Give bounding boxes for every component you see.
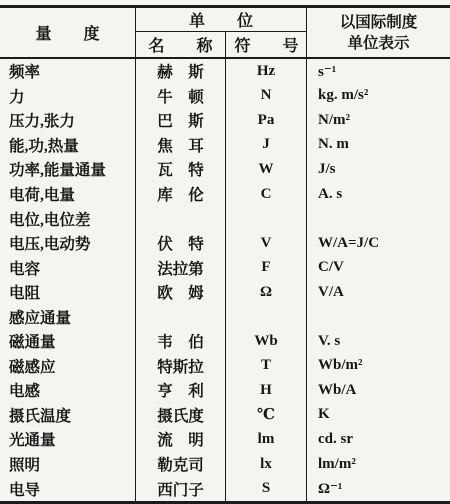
unit-name-cell: 库 伦 bbox=[136, 182, 226, 207]
table-row: 电导 西门子 S Ω⁻¹ bbox=[0, 476, 450, 501]
si-expression-cell: J/s bbox=[307, 157, 450, 182]
quantity-cell: 频率 bbox=[0, 59, 136, 84]
scanned-document-page: 量 度 单 位 名 称 符 号 以国际制度 单位表示 频率 赫 斯 Hz s⁻¹… bbox=[0, 0, 450, 504]
unit-name-cell: 特斯拉 bbox=[136, 354, 226, 379]
unit-name-cell: 瓦 特 bbox=[136, 157, 226, 182]
unit-symbol-cell: N bbox=[226, 84, 307, 109]
si-expression-cell: V/A bbox=[307, 280, 450, 305]
header-si-line1: 以国际制度 bbox=[340, 12, 418, 33]
si-expression-cell: lm/m² bbox=[307, 452, 450, 477]
unit-symbol-cell: lx bbox=[226, 452, 307, 477]
si-expression-cell: cd. sr bbox=[307, 427, 450, 452]
unit-name-cell: 西门子 bbox=[136, 476, 226, 501]
header-unit-group: 单 位 名 称 符 号 bbox=[136, 8, 307, 57]
unit-symbol-cell: Pa bbox=[226, 108, 307, 133]
unit-symbol-cell: S bbox=[226, 476, 307, 501]
quantity-cell: 光通量 bbox=[0, 427, 136, 452]
unit-name-cell: 流 明 bbox=[136, 427, 226, 452]
quantity-cell: 电导 bbox=[0, 476, 136, 501]
header-si-line2: 单位表示 bbox=[347, 33, 409, 54]
unit-name-cell: 伏 特 bbox=[136, 231, 226, 256]
si-expression-cell: K bbox=[307, 403, 450, 428]
table-row: 电容 法拉第 F C/V bbox=[0, 255, 450, 280]
unit-name-cell: 亨 利 bbox=[136, 378, 226, 403]
quantity-cell: 摄氏温度 bbox=[0, 403, 136, 428]
quantity-cell: 电压,电动势 bbox=[0, 231, 136, 256]
table-row: 电阻 欧 姆 Ω V/A bbox=[0, 280, 450, 305]
quantity-cell: 电位,电位差 bbox=[0, 206, 136, 231]
si-expression-cell: N. m bbox=[307, 133, 450, 158]
table-row: 光通量 流 明 lm cd. sr bbox=[0, 427, 450, 452]
header-si-column: 以国际制度 单位表示 bbox=[307, 8, 450, 57]
table-row: 磁感应 特斯拉 T Wb/m² bbox=[0, 354, 450, 379]
quantity-cell: 电阻 bbox=[0, 280, 136, 305]
quantity-cell: 电容 bbox=[0, 255, 136, 280]
si-expression-cell: Wb/A bbox=[307, 378, 450, 403]
si-expression-cell: kg. m/s² bbox=[307, 84, 450, 109]
unit-symbol-cell: T bbox=[226, 354, 307, 379]
unit-name-cell: 法拉第 bbox=[136, 255, 226, 280]
unit-symbol-cell: lm bbox=[226, 427, 307, 452]
si-units-table: 量 度 单 位 名 称 符 号 以国际制度 单位表示 频率 赫 斯 Hz s⁻¹… bbox=[0, 5, 450, 504]
table-row: 电荷,电量 库 伦 C A. s bbox=[0, 182, 450, 207]
table-row: 压力,张力 巴 斯 Pa N/m² bbox=[0, 108, 450, 133]
table-row: 力 牛 顿 N kg. m/s² bbox=[0, 84, 450, 109]
table-row: 磁通量 韦 伯 Wb V. s bbox=[0, 329, 450, 354]
table-body: 频率 赫 斯 Hz s⁻¹ 力 牛 顿 N kg. m/s² 压力,张力 巴 斯… bbox=[0, 59, 450, 501]
table-row: 能,功,热量 焦 耳 J N. m bbox=[0, 133, 450, 158]
si-expression-cell bbox=[307, 304, 450, 329]
unit-symbol-cell: Ω bbox=[226, 280, 307, 305]
unit-symbol-cell: J bbox=[226, 133, 307, 158]
si-expression-cell: W/A=J/C bbox=[307, 231, 450, 256]
unit-symbol-cell: C bbox=[226, 182, 307, 207]
unit-name-cell: 赫 斯 bbox=[136, 59, 226, 84]
header-quantity-column: 量 度 bbox=[0, 8, 136, 57]
unit-name-cell bbox=[136, 304, 226, 329]
unit-symbol-cell bbox=[226, 206, 307, 231]
unit-name-cell bbox=[136, 206, 226, 231]
si-expression-cell: N/m² bbox=[307, 108, 450, 133]
unit-name-cell: 牛 顿 bbox=[136, 84, 226, 109]
unit-symbol-cell: V bbox=[226, 231, 307, 256]
si-expression-cell bbox=[307, 206, 450, 231]
unit-name-cell: 勒克司 bbox=[136, 452, 226, 477]
si-expression-cell: Ω⁻¹ bbox=[307, 476, 450, 501]
table-row: 摄氏温度 摄氏度 ℃ K bbox=[0, 403, 450, 428]
quantity-cell: 功率,能量通量 bbox=[0, 157, 136, 182]
unit-symbol-cell: Wb bbox=[226, 329, 307, 354]
si-expression-cell: s⁻¹ bbox=[307, 59, 450, 84]
table-row: 感应通量 bbox=[0, 304, 450, 329]
unit-symbol-cell: F bbox=[226, 255, 307, 280]
unit-symbol-cell bbox=[226, 304, 307, 329]
table-row: 频率 赫 斯 Hz s⁻¹ bbox=[0, 59, 450, 84]
quantity-cell: 照明 bbox=[0, 452, 136, 477]
unit-name-cell: 摄氏度 bbox=[136, 403, 226, 428]
table-row: 电压,电动势 伏 特 V W/A=J/C bbox=[0, 231, 450, 256]
header-unit-label: 单 位 bbox=[136, 8, 306, 32]
si-expression-cell: A. s bbox=[307, 182, 450, 207]
unit-name-cell: 焦 耳 bbox=[136, 133, 226, 158]
header-unit-subcolumns: 名 称 符 号 bbox=[136, 32, 306, 58]
table-row: 功率,能量通量 瓦 特 W J/s bbox=[0, 157, 450, 182]
quantity-cell: 磁通量 bbox=[0, 329, 136, 354]
table-row: 电位,电位差 bbox=[0, 206, 450, 231]
unit-symbol-cell: W bbox=[226, 157, 307, 182]
quantity-cell: 力 bbox=[0, 84, 136, 109]
unit-symbol-cell: H bbox=[226, 378, 307, 403]
quantity-cell: 电荷,电量 bbox=[0, 182, 136, 207]
quantity-cell: 磁感应 bbox=[0, 354, 136, 379]
table-row: 电感 亨 利 H Wb/A bbox=[0, 378, 450, 403]
unit-name-cell: 韦 伯 bbox=[136, 329, 226, 354]
quantity-cell: 能,功,热量 bbox=[0, 133, 136, 158]
unit-symbol-cell: ℃ bbox=[226, 403, 307, 428]
si-expression-cell: C/V bbox=[307, 255, 450, 280]
si-expression-cell: Wb/m² bbox=[307, 354, 450, 379]
unit-symbol-cell: Hz bbox=[226, 59, 307, 84]
unit-name-cell: 巴 斯 bbox=[136, 108, 226, 133]
si-expression-cell: V. s bbox=[307, 329, 450, 354]
table-header: 量 度 单 位 名 称 符 号 以国际制度 单位表示 bbox=[0, 8, 450, 59]
header-unit-symbol-column: 符 号 bbox=[226, 32, 307, 58]
header-unit-name-column: 名 称 bbox=[136, 32, 226, 58]
quantity-cell: 感应通量 bbox=[0, 304, 136, 329]
table-row: 照明 勒克司 lx lm/m² bbox=[0, 452, 450, 477]
unit-name-cell: 欧 姆 bbox=[136, 280, 226, 305]
quantity-cell: 电感 bbox=[0, 378, 136, 403]
quantity-cell: 压力,张力 bbox=[0, 108, 136, 133]
